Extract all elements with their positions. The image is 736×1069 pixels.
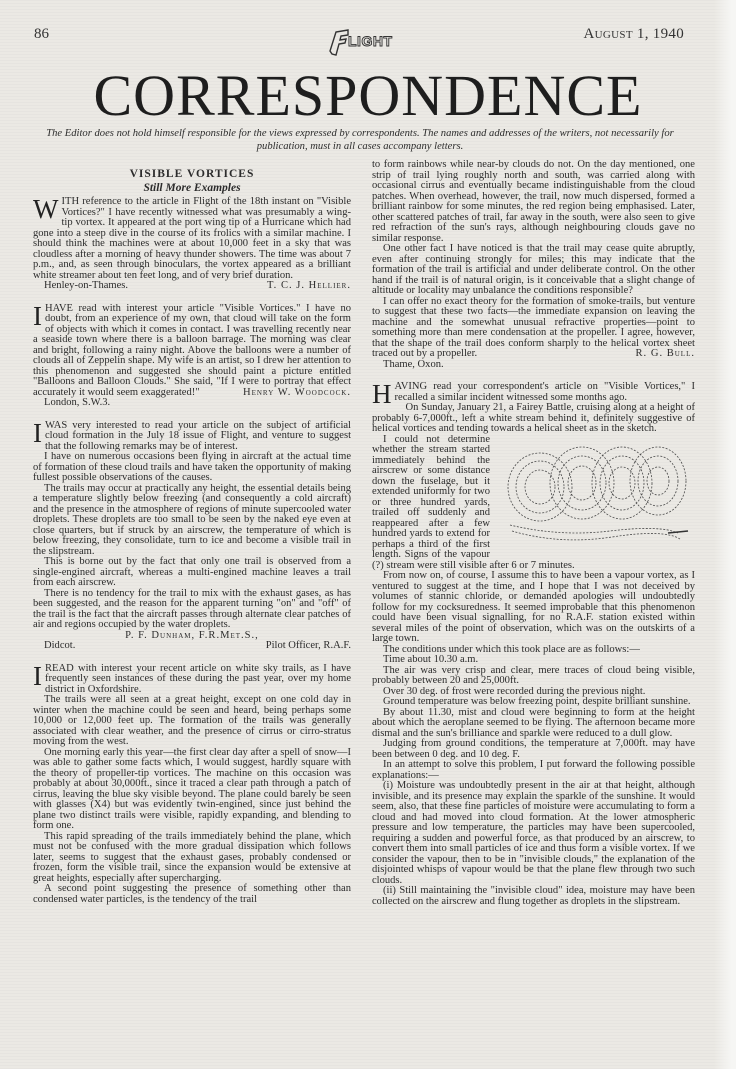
letter-paragraph: By about 11.30, mist and cloud were begi…: [372, 708, 695, 740]
letter-paragraph: (i) Moisture was undoubtedly present in …: [372, 781, 695, 886]
page-number: 86: [34, 26, 49, 43]
drop-cap: I: [33, 422, 42, 444]
letter-paragraph: IWAS very interested to read your articl…: [33, 421, 351, 453]
signature-line: Didcot. Pilot Officer, R.A.F.: [33, 641, 351, 652]
signature: Henry W. Woodcock.: [243, 388, 351, 399]
letter-paragraph: I could not determine whether the stream…: [372, 435, 695, 572]
letter-paragraph: to form rainbows while near-by clouds do…: [372, 160, 695, 244]
letter-paragraph: One other fact I have noticed is that th…: [372, 244, 695, 297]
signature-place: Didcot.: [33, 641, 75, 652]
letter-paragraph: HAVING read your correspondent's article…: [372, 382, 695, 403]
column-right: to form rainbows while near-by clouds do…: [372, 160, 695, 907]
section-subhead: Still More Examples: [33, 181, 351, 195]
letter-paragraph: There is no tendency for the trail to mi…: [33, 589, 351, 631]
letter-paragraph: The trails may occur at practically any …: [33, 484, 351, 558]
letter-paragraph: In an attempt to solve this problem, I p…: [372, 760, 695, 781]
letter-paragraph: The air was very crisp and clear, mere t…: [372, 666, 695, 687]
letter-paragraph: This is borne out by the fact that only …: [33, 557, 351, 589]
letter-paragraph: IHAVE read with interest your article "V…: [33, 304, 351, 399]
column-left: VISIBLE VORTICES Still More Examples WIT…: [33, 160, 351, 905]
drop-cap: W: [33, 198, 58, 220]
signature-place: Thame, Oxon.: [372, 360, 695, 371]
letter-bull-continued: to form rainbows while near-by clouds do…: [372, 160, 695, 370]
issue-date: August 1, 1940: [584, 26, 684, 43]
drop-cap: H: [372, 383, 392, 405]
letter-paragraph: WITH reference to the article in Flight …: [33, 197, 351, 281]
letter-paragraph: From now on, of course, I assume this to…: [372, 571, 695, 645]
drop-cap: I: [33, 665, 42, 687]
letter-bull: IREAD with interest your recent article …: [33, 664, 351, 906]
scan-edge: [714, 0, 736, 1069]
letter-paragraph: I can offer no exact theory for the form…: [372, 297, 695, 360]
newspaper-page: 86 LIGHT August 1, 1940 CORRESPONDENCE T…: [0, 0, 736, 1069]
signature: T. C. J. Hellier.: [267, 281, 351, 292]
letter-paragraph: IREAD with interest your recent article …: [33, 664, 351, 696]
letter-paragraph: Time about 10.30 a.m.: [372, 655, 695, 666]
signature-place: London, S.W.3.: [33, 398, 351, 409]
editor-disclaimer: The Editor does not hold himself respons…: [30, 127, 690, 153]
helical-vortex-sketch-icon: [500, 437, 695, 551]
letter-paragraph: I have on numerous occasions been flying…: [33, 452, 351, 484]
letter-paragraph: A second point suggesting the presence o…: [33, 884, 351, 905]
flight-logo-icon: LIGHT: [326, 24, 398, 58]
page-title: CORRESPONDENCE: [0, 66, 736, 126]
section-headline: VISIBLE VORTICES: [33, 168, 351, 181]
letter-woodcock: IHAVE read with interest your article "V…: [33, 304, 351, 409]
letter-paragraph: The trails were all seen at a great heig…: [33, 695, 351, 748]
svg-text:LIGHT: LIGHT: [348, 33, 393, 49]
signature-title: Pilot Officer, R.A.F.: [266, 641, 351, 652]
letter-paragraph: This rapid spreading of the trails immed…: [33, 832, 351, 885]
letter-paragraph: Ground temperature was below freezing po…: [372, 697, 695, 708]
letter-hellier: WITH reference to the article in Flight …: [33, 197, 351, 292]
drop-cap: I: [33, 305, 42, 327]
signature: R. G. Bull.: [625, 349, 695, 360]
letter-paragraph: (ii) Still maintaining the "invisible cl…: [372, 886, 695, 907]
letter-fairey-battle: HAVING read your correspondent's article…: [372, 382, 695, 907]
letter-paragraph: One morning early this year—the first cl…: [33, 748, 351, 832]
letter-dunham: IWAS very interested to read your articl…: [33, 421, 351, 652]
letter-paragraph: On Sunday, January 21, a Fairey Battle, …: [372, 403, 695, 435]
letter-paragraph: Judging from ground conditions, the temp…: [372, 739, 695, 760]
